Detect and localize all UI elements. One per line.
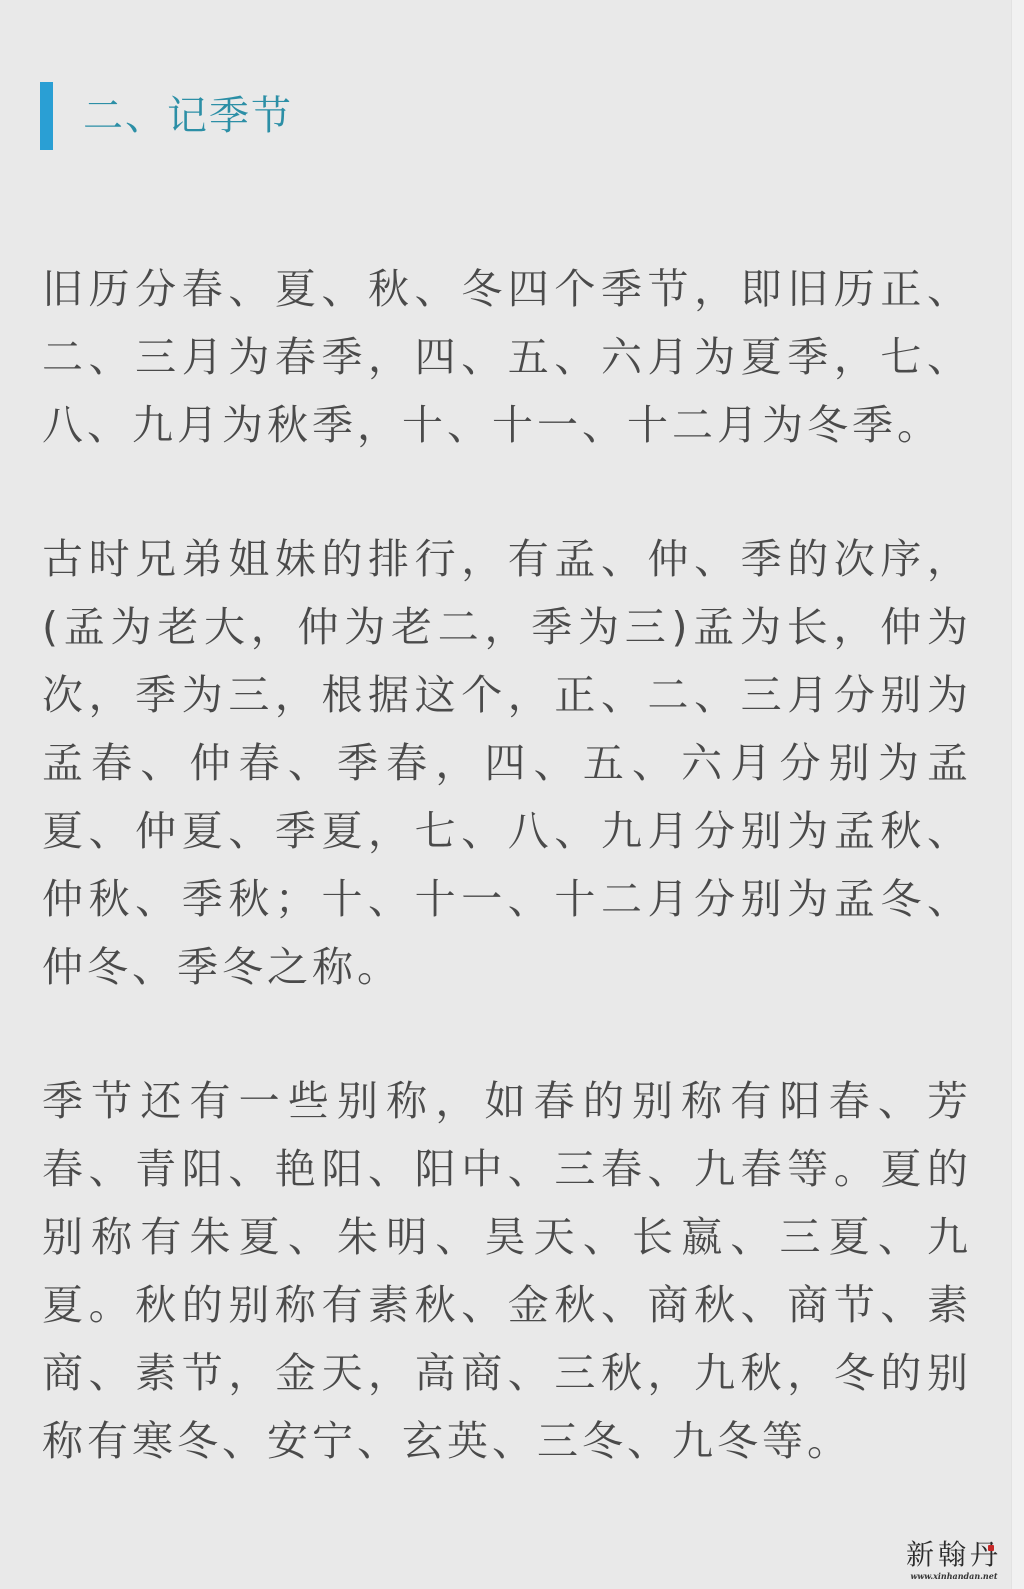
paragraph-meng-zhong-ji: 古时兄弟姐妹的排行，有孟、仲、季的次序，(孟为老大，仲为老二，季为三)孟为长，仲… <box>42 525 972 1001</box>
red-dot-icon <box>988 1545 994 1551</box>
section-title: 二、记季节 <box>83 82 293 150</box>
header-accent-bar <box>40 82 53 150</box>
paragraph-seasons: 旧历分春、夏、秋、冬四个季节，即旧历正、二、三月为春季，四、五、六月为夏季，七、… <box>42 255 972 459</box>
page-edge <box>1011 0 1024 1589</box>
watermark-title: 新翰丹 <box>898 1539 1010 1571</box>
watermark-url: www.xinhandan.net <box>898 1571 1010 1581</box>
watermark-title-text: 新翰丹 <box>906 1538 1002 1571</box>
watermark-logo: 新翰丹 www.xinhandan.net <box>898 1539 1010 1581</box>
article-body: 旧历分春、夏、秋、冬四个季节，即旧历正、二、三月为春季，四、五、六月为夏季，七、… <box>42 255 972 1475</box>
section-header: 二、记季节 <box>40 82 293 150</box>
paragraph-season-aliases: 季节还有一些别称，如春的别称有阳春、芳春、青阳、艳阳、阳中、三春、九春等。夏的别… <box>42 1067 972 1475</box>
